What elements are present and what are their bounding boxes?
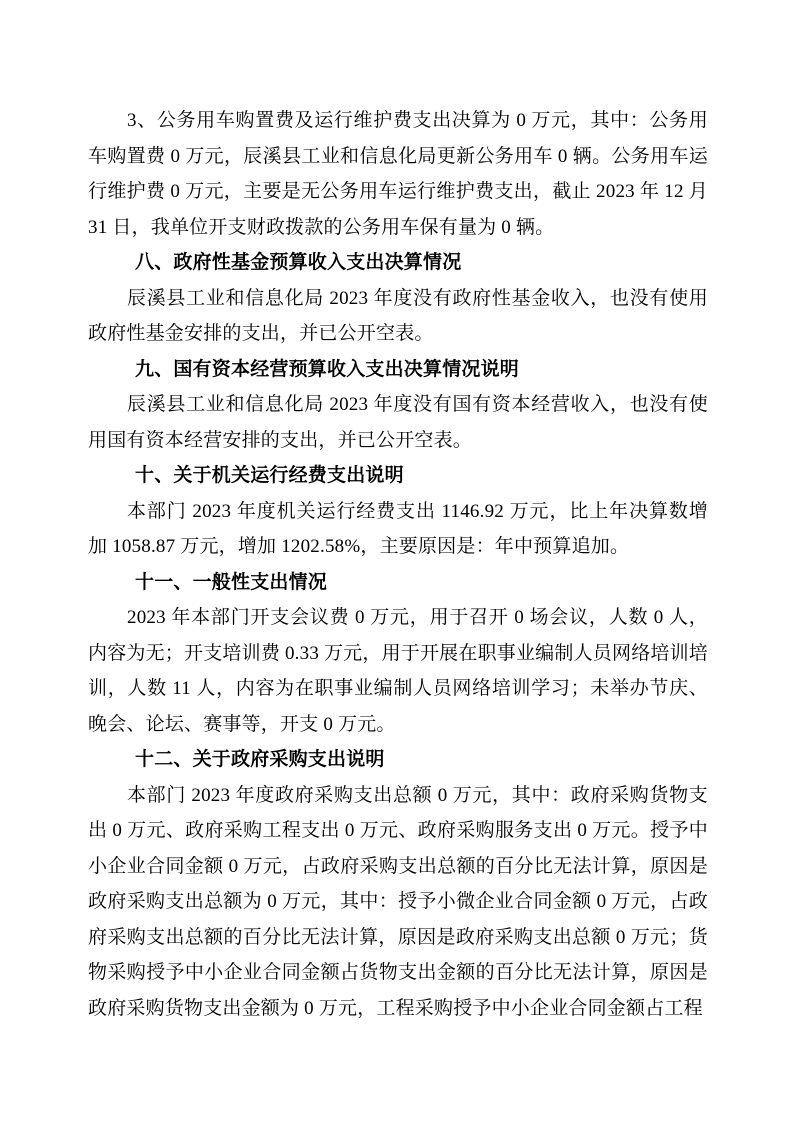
paragraph-govt-procurement: 本部门 2023 年度政府采购支出总额 0 万元，其中：政府采购货物支出 0 万… xyxy=(88,778,708,1027)
heading-section-12-govt-procurement: 十二、关于政府采购支出说明 xyxy=(88,742,708,778)
paragraph-govt-fund-budget: 辰溪县工业和信息化局 2023 年度没有政府性基金收入，也没有使用政府性基金安排… xyxy=(88,281,708,352)
heading-section-11-general-expense: 十一、一般性支出情况 xyxy=(88,565,708,601)
heading-section-10-agency-operating-expense: 十、关于机关运行经费支出说明 xyxy=(88,458,708,494)
paragraph-state-capital-budget: 辰溪县工业和信息化局 2023 年度没有国有资本经营收入，也没有使用国有资本经营… xyxy=(88,387,708,458)
document-page: 3、公务用车购置费及运行维护费支出决算为 0 万元，其中：公务用车购置费 0 万… xyxy=(0,0,793,1122)
heading-section-9-state-capital-budget: 九、国有资本经营预算收入支出决算情况说明 xyxy=(88,352,708,388)
paragraph-agency-operating-expense: 本部门 2023 年度机关运行经费支出 1146.92 万元，比上年决算数增加 … xyxy=(88,494,708,565)
paragraph-general-expense: 2023 年本部门开支会议费 0 万元，用于召开 0 场会议，人数 0 人，内容… xyxy=(88,600,708,742)
heading-section-8-govt-fund-budget: 八、政府性基金预算收入支出决算情况 xyxy=(88,245,708,281)
paragraph-official-vehicle-expense: 3、公务用车购置费及运行维护费支出决算为 0 万元，其中：公务用车购置费 0 万… xyxy=(88,103,708,245)
